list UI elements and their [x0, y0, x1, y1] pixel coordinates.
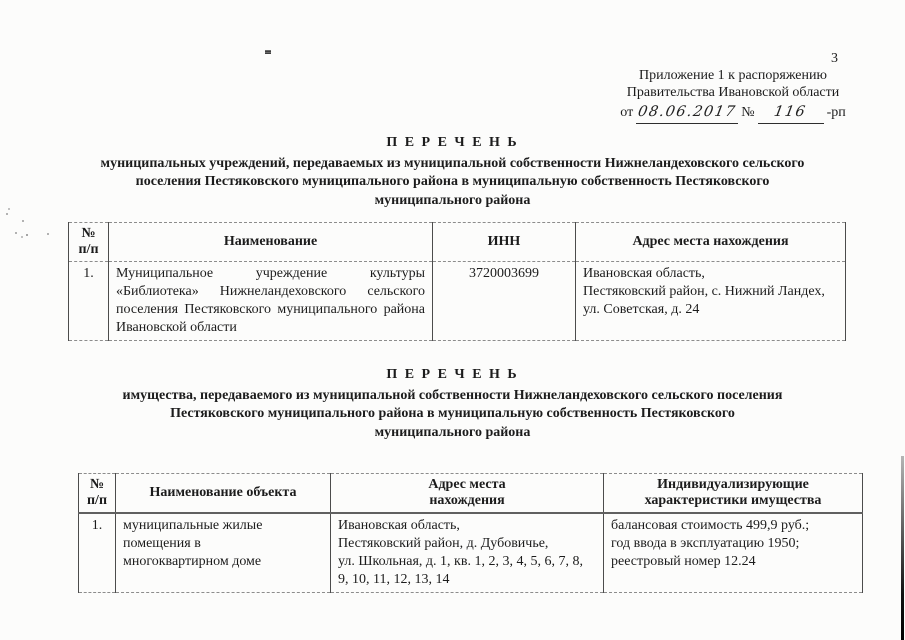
table1-cell-num: 1.: [69, 262, 109, 341]
section2-heading: П Е Р Е Ч Е Н Ь: [62, 366, 843, 385]
scan-dot: [22, 220, 24, 222]
table2-cell-characteristics: балансовая стоимость 499,9 руб.; год вво…: [604, 513, 863, 593]
handwritten-number: 116: [773, 104, 808, 121]
table2-header-name: Наименование объекта: [116, 474, 331, 514]
table2-header-characteristics: Индивидуализирующие характеристики имуще…: [604, 474, 863, 514]
table1-header-address: Адрес места нахождения: [576, 223, 846, 262]
section1-heading: П Е Р Е Ч Е Н Ь: [62, 134, 843, 153]
number-sign-label: №: [741, 105, 754, 120]
scan-dot: [26, 234, 28, 236]
section1-subtitle-line: муниципального района: [62, 192, 843, 211]
table2-header-address: Адрес места нахождения: [331, 474, 604, 514]
table1-cell-name: Муниципальное учреждение культуры «Библи…: [109, 262, 433, 341]
table2-header-num: № п/п: [79, 474, 116, 514]
table1-header-inn: ИНН: [433, 223, 576, 262]
number-blank: 116: [758, 104, 824, 124]
section2-subtitle-line: муниципального района: [62, 424, 843, 443]
scan-dot: [6, 213, 8, 215]
appendix-line-1: Приложение 1 к распоряжению: [612, 68, 854, 85]
scanned-document-page: { "page": { "number": "3" }, "header": {…: [0, 0, 905, 640]
appendix-reference-block: Приложение 1 к распоряжению Правительств…: [612, 68, 854, 124]
section1-subtitle-line: поселения Пестяковского муниципального р…: [62, 173, 843, 192]
table2-row: 1. муниципальные жилые помещения в много…: [79, 513, 863, 593]
section2-subtitle-line: имущества, передаваемого из муниципально…: [62, 387, 843, 406]
table2-cell-name: муниципальные жилые помещения в многоква…: [116, 513, 331, 593]
section1-title: П Е Р Е Ч Е Н Ь муниципальных учреждений…: [62, 134, 843, 210]
table1-cell-address: Ивановская область, Пестяковский район, …: [576, 262, 846, 341]
appendix-line-2: Правительства Ивановской области: [612, 85, 854, 102]
section2-title: П Е Р Е Ч Е Н Ь имущества, передаваемого…: [62, 366, 843, 442]
table2-header-row: № п/п Наименование объекта Адрес места н…: [79, 474, 863, 514]
scan-dot: [8, 208, 10, 210]
date-blank: 08.06.2017: [636, 104, 738, 124]
section1-subtitle-line: муниципальных учреждений, передаваемых и…: [62, 155, 843, 174]
table1-header-name: Наименование: [109, 223, 433, 262]
scan-dot: [15, 232, 17, 234]
handwritten-date: 08.06.2017: [637, 104, 738, 121]
institutions-table: № п/п Наименование ИНН Адрес места нахож…: [68, 222, 846, 341]
scan-dot: [21, 236, 23, 238]
table1-header-num: № п/п: [69, 223, 109, 262]
page-number: 3: [831, 51, 838, 67]
table1-row: 1. Муниципальное учреждение культуры «Би…: [69, 262, 846, 341]
table2-cell-num: 1.: [79, 513, 116, 593]
table2-cell-address: Ивановская область, Пестяковский район, …: [331, 513, 604, 593]
scan-speck: [265, 50, 271, 54]
property-table: № п/п Наименование объекта Адрес места н…: [78, 473, 863, 593]
table1-header-row: № п/п Наименование ИНН Адрес места нахож…: [69, 223, 846, 262]
appendix-date-line: от08.06.2017№116-рп: [612, 104, 854, 124]
scan-edge-line: [901, 456, 904, 640]
table1-cell-inn: 3720003699: [433, 262, 576, 341]
scan-dot: [47, 233, 49, 235]
rp-suffix: -рп: [827, 105, 846, 120]
section2-subtitle-line: Пестяковского муниципального района в му…: [62, 405, 843, 424]
from-label: от: [620, 105, 633, 120]
